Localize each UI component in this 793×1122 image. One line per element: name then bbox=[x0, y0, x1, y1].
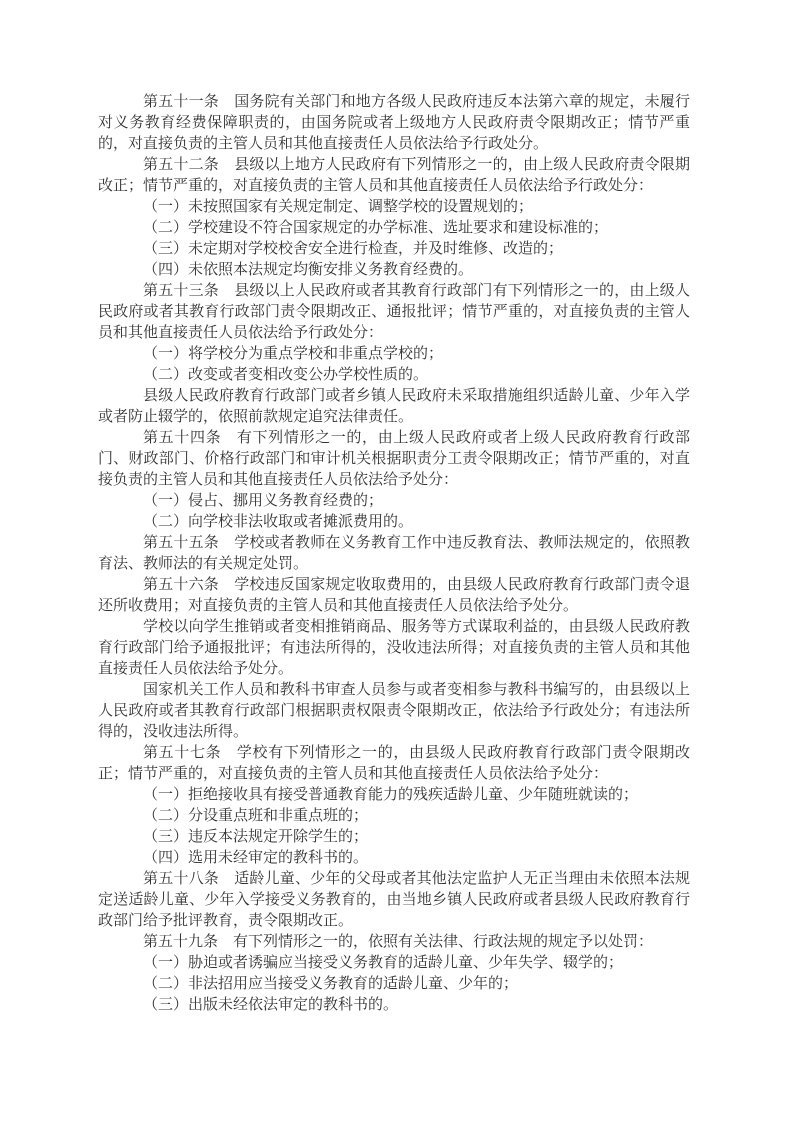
article-51: 第五十一条 国务院有关部门和地方各级人民政府违反本法第六章的规定，未履行对义务教… bbox=[98, 92, 690, 155]
article-55: 第五十五条 学校或者教师在义务教育工作中违反教育法、教师法规定的，依照教育法、教… bbox=[98, 533, 690, 575]
article-59-item-1: （一）胁迫或者诱骗应当接受义务教育的适龄儿童、少年失学、辍学的； bbox=[98, 953, 690, 974]
article-53-item-1: （一）将学校分为重点学校和非重点学校的； bbox=[98, 344, 690, 365]
article-54-item-2: （二）向学校非法收取或者摊派费用的。 bbox=[98, 512, 690, 533]
article-52-item-1: （一）未按照国家有关规定制定、调整学校的设置规划的； bbox=[98, 197, 690, 218]
article-57-item-3: （三）违反本法规定开除学生的； bbox=[98, 827, 690, 848]
article-56-para-3: 国家机关工作人员和教科书审查人员参与或者变相参与教科书编写的，由县级以上人民政府… bbox=[98, 680, 690, 743]
article-53-item-2: （二）改变或者变相改变公办学校性质的。 bbox=[98, 365, 690, 386]
article-59-item-3: （三）出版未经依法审定的教科书的。 bbox=[98, 995, 690, 1016]
article-56: 第五十六条 学校违反国家规定收取费用的，由县级人民政府教育行政部门责令退还所收费… bbox=[98, 575, 690, 617]
article-57: 第五十七条 学校有下列情形之一的，由县级人民政府教育行政部门责令限期改正；情节严… bbox=[98, 743, 690, 785]
article-57-item-1: （一）拒绝接收具有接受普通教育能力的残疾适龄儿童、少年随班就读的； bbox=[98, 785, 690, 806]
document-body: 第五十一条 国务院有关部门和地方各级人民政府违反本法第六章的规定，未履行对义务教… bbox=[98, 92, 690, 1016]
document-page: 第五十一条 国务院有关部门和地方各级人民政府违反本法第六章的规定，未履行对义务教… bbox=[0, 0, 793, 1122]
article-52-item-3: （三）未定期对学校校舍安全进行检查，并及时维修、改造的； bbox=[98, 239, 690, 260]
article-59: 第五十九条 有下列情形之一的，依照有关法律、行政法规的规定予以处罚： bbox=[98, 932, 690, 953]
article-53-para-2: 县级人民政府教育行政部门或者乡镇人民政府未采取措施组织适龄儿童、少年入学或者防止… bbox=[98, 386, 690, 428]
article-59-item-2: （二）非法招用应当接受义务教育的适龄儿童、少年的； bbox=[98, 974, 690, 995]
article-52-item-2: （二）学校建设不符合国家规定的办学标准、选址要求和建设标准的； bbox=[98, 218, 690, 239]
article-57-item-2: （二）分设重点班和非重点班的； bbox=[98, 806, 690, 827]
article-54-item-1: （一）侵占、挪用义务教育经费的； bbox=[98, 491, 690, 512]
article-58: 第五十八条 适龄儿童、少年的父母或者其他法定监护人无正当理由未依照本法规定送适龄… bbox=[98, 869, 690, 932]
article-52: 第五十二条 县级以上地方人民政府有下列情形之一的，由上级人民政府责令限期改正；情… bbox=[98, 155, 690, 197]
article-57-item-4: （四）选用未经审定的教科书的。 bbox=[98, 848, 690, 869]
article-54: 第五十四条 有下列情形之一的，由上级人民政府或者上级人民政府教育行政部门、财政部… bbox=[98, 428, 690, 491]
article-53: 第五十三条 县级以上人民政府或者其教育行政部门有下列情形之一的，由上级人民政府或… bbox=[98, 281, 690, 344]
article-56-para-2: 学校以向学生推销或者变相推销商品、服务等方式谋取利益的，由县级人民政府教育行政部… bbox=[98, 617, 690, 680]
article-52-item-4: （四）未依照本法规定均衡安排义务教育经费的。 bbox=[98, 260, 690, 281]
